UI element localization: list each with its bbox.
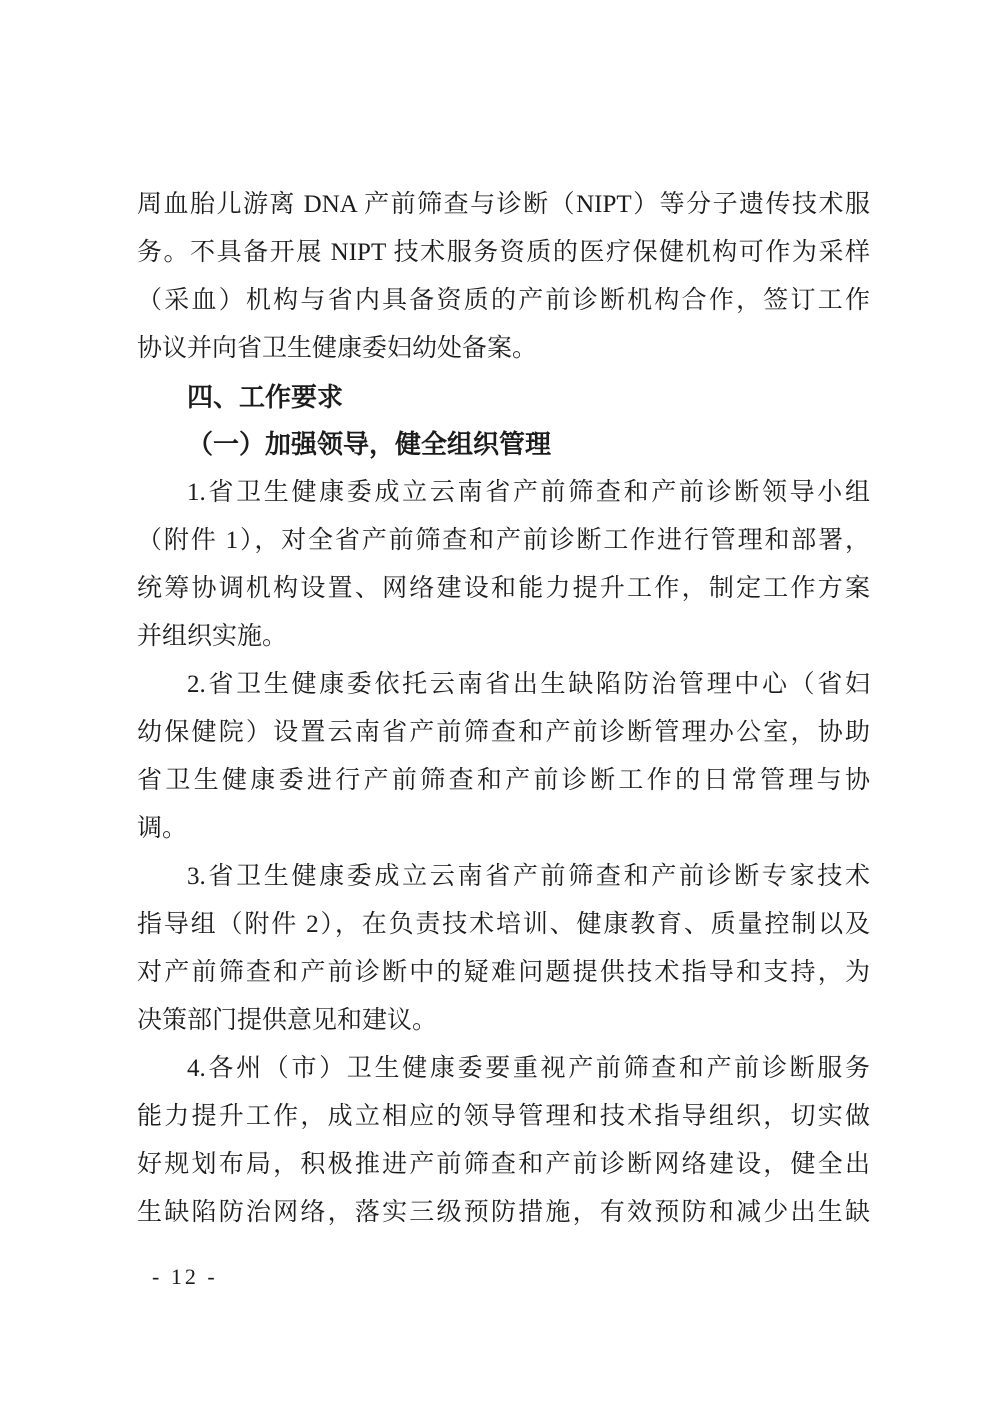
- document-page: 周血胎儿游离 DNA 产前筛查与诊断（NIPT）等分子遗传技术服 务。不具备开展…: [0, 0, 1000, 1414]
- body-line: 1.省卫生健康委成立云南省产前筛查和产前诊断领导小组: [137, 469, 870, 517]
- body-line: （附件 1），对全省产前筛查和产前诊断工作进行管理和部署，: [137, 517, 870, 565]
- body-line: （采血）机构与省内具备资质的产前诊断机构合作，签订工作: [137, 277, 870, 325]
- body-line: 调。: [137, 805, 870, 853]
- body-line: 能力提升工作，成立相应的领导管理和技术指导组织，切实做: [137, 1093, 870, 1141]
- body-line: 统筹协调机构设置、网络建设和能力提升工作，制定工作方案: [137, 565, 870, 613]
- document-body: 周血胎儿游离 DNA 产前筛查与诊断（NIPT）等分子遗传技术服 务。不具备开展…: [137, 181, 870, 1237]
- body-line: 幼保健院）设置云南省产前筛查和产前诊断管理办公室，协助: [137, 709, 870, 757]
- body-line: 省卫生健康委进行产前筛查和产前诊断工作的日常管理与协: [137, 757, 870, 805]
- body-line: 3.省卫生健康委成立云南省产前筛查和产前诊断专家技术: [137, 853, 870, 901]
- body-line: 指导组（附件 2），在负责技术培训、健康教育、质量控制以及: [137, 901, 870, 949]
- body-line: 对产前筛查和产前诊断中的疑难问题提供技术指导和支持，为: [137, 949, 870, 997]
- body-line: 协议并向省卫生健康委妇幼处备案。: [137, 325, 870, 373]
- body-line: 并组织实施。: [137, 613, 870, 661]
- body-line: 周血胎儿游离 DNA 产前筛查与诊断（NIPT）等分子遗传技术服: [137, 181, 870, 229]
- section-heading: 四、工作要求: [137, 373, 870, 421]
- body-line: 务。不具备开展 NIPT 技术服务资质的医疗保健机构可作为采样: [137, 229, 870, 277]
- body-line: 好规划布局，积极推进产前筛查和产前诊断网络建设，健全出: [137, 1141, 870, 1189]
- body-line: 决策部门提供意见和建议。: [137, 997, 870, 1045]
- body-line: 2.省卫生健康委依托云南省出生缺陷防治管理中心（省妇: [137, 661, 870, 709]
- subsection-heading: （一）加强领导，健全组织管理: [137, 421, 870, 469]
- body-line: 4.各州（市）卫生健康委要重视产前筛查和产前诊断服务: [137, 1045, 870, 1093]
- body-line: 生缺陷防治网络，落实三级预防措施，有效预防和减少出生缺: [137, 1189, 870, 1237]
- page-number: - 12 -: [152, 1253, 218, 1301]
